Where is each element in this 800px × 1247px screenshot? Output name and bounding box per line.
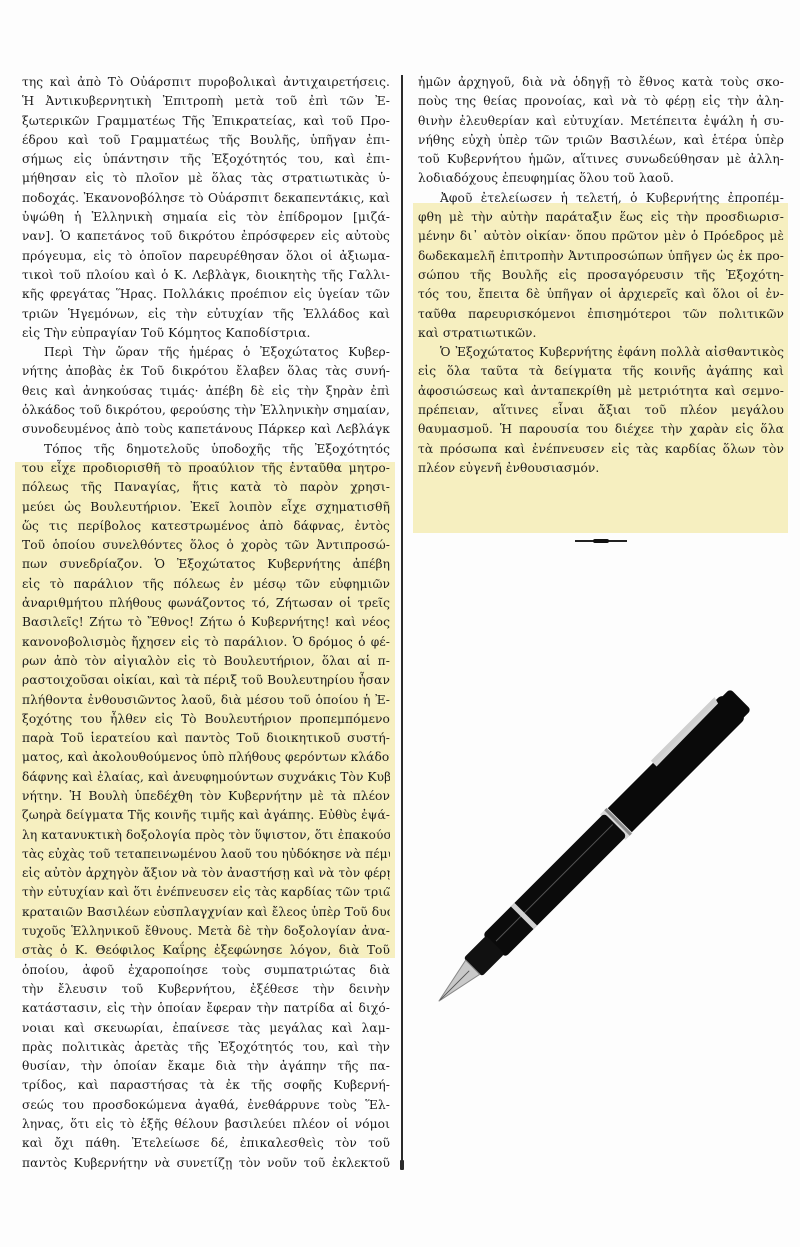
text-line: ναν]. Ὁ καπετάνος τοῦ δικρότου ἐπρόσφερε… bbox=[22, 227, 390, 246]
text-line: τρίδος, καὶ παραστήσας τὰ ἐκ τῆς σοφῆς Κ… bbox=[22, 1076, 390, 1095]
text-line: θινὴν ἐλευθερίαν καὶ εὐτυχίαν. Μετέπειτα… bbox=[418, 112, 784, 131]
text-line: δάφνης καὶ ἐλαίας, καὶ ἀνευφημούντων συχ… bbox=[22, 768, 390, 787]
text-line: τός του, ἔπειτα δὲ ὑπῆγαν οἱ ἀρχιερεῖς κ… bbox=[418, 285, 784, 304]
text-line: ὑψώθη ἡ Ἑλληνικὴ σημαία εἰς τὸν ἐπίδρομο… bbox=[22, 208, 390, 227]
text-line: θεις καὶ ἀνηκούσας τιμάς· ἀπέβη δὲ εἰς τ… bbox=[22, 382, 390, 401]
text-line: τυχοῦς Ἑλληνικοῦ ἔθνους. Μετὰ δὲ τὴν δοξ… bbox=[22, 922, 390, 941]
text-line: ὁποίου, ἀφοῦ ἐχαροποίησε τοὺς συμπατριώτ… bbox=[22, 961, 390, 980]
text-line: ταῦθα παρευρισκόμενοι ἐπισημότεροι τῶν π… bbox=[418, 305, 784, 324]
text-line: Ἡ Ἀντικυβερνητικὴ Ἐπιτροπὴ μετὰ τοῦ ἐπὶ … bbox=[22, 92, 390, 111]
text-line: θυσίαν, τὴν ὁποίαν ἔκαμε διὰ τὴν ἀγάπην … bbox=[22, 1057, 390, 1076]
text-line: παρὰ Τοῦ ἱερατείου καὶ παντὸς Τοῦ διοικη… bbox=[22, 729, 390, 748]
text-line: παντὸς Κυβερνήτην νὰ συνετίζῃ τὸν νοῦν τ… bbox=[22, 1154, 390, 1173]
text-line: ξωτερικῶν Γραμματέως Τῆς Ἐπικρατείας, κα… bbox=[22, 112, 390, 131]
text-line: πρέπειαν, αἵτινες εἶναι ἄξιαι τοῦ πλέον … bbox=[418, 401, 784, 420]
text-line: εἰς ὅλα ταῦτα τὰ δείγματα τῆς κοινῆς ἀγά… bbox=[418, 362, 784, 381]
text-line: καὶ ὄχι πάθη. Ἐτελείωσε δέ, ἐπικαλεσθεὶς… bbox=[22, 1134, 390, 1153]
text-line: ματος, καὶ ἀκολουθούμενος ὑπὸ πλήθους φε… bbox=[22, 748, 390, 767]
text-line: ραστοιχοῦσαι οἰκίαι, καὶ τὰ πέριξ τοῦ Βο… bbox=[22, 671, 390, 690]
paragraph-start: Ὁ Ἐξοχώτατος Κυβερνήτης ἐφάνη πολλὰ αἰσθ… bbox=[418, 343, 784, 362]
text-line: μεύει ὡς Βουλευτήριον. Ἐκεῖ λοιπὸν εἶχε … bbox=[22, 498, 390, 517]
text-line: της καὶ ἀπὸ Τὸ Οὐάρσπιτ πυροβολικαὶ ἀντι… bbox=[22, 73, 390, 92]
text-line: Τοῦ ὁποίου συνελθόντες ὅλος ὁ χορὸς τῶν … bbox=[22, 536, 390, 555]
text-line: τὴν εὐτυχίαν καὶ ὅτι ἐνέπνευσεν εἰς τὰς … bbox=[22, 883, 390, 902]
fountain-pen-icon bbox=[400, 640, 800, 1040]
text-line: ἀφοσιώσεως καὶ ἀνταπεκρίθη μὲ μετριότητα… bbox=[418, 382, 784, 401]
text-line: πρόγευμα, εἰς τὸ ὁποῖον παρευρέθησαν ὅλο… bbox=[22, 247, 390, 266]
text-line: ρων ἀπὸ τὸν αἰγιαλὸν εἰς τὸ Βουλευτήριον… bbox=[22, 652, 390, 671]
section-divider bbox=[575, 540, 627, 542]
text-line: εἰς Τὴν εὐπραγίαν Τοῦ Κόμητος Καποδίστρι… bbox=[22, 324, 390, 343]
text-line: τὰς εὐχὰς τοῦ τεταπεινωμένου λαοῦ του ηὐ… bbox=[22, 845, 390, 864]
text-line: μήθησαν εἰς τὸ πλοῖον μὲ ὅλας τὰς στρατι… bbox=[22, 169, 390, 188]
paragraph-start: Περὶ Τὴν ὥραν τῆς ἡμέρας ὁ Ἐξοχώτατος Κυ… bbox=[22, 343, 390, 362]
text-line: θαυμασμοῦ. Ἡ παρουσία του διέχεε τὴν χαρ… bbox=[418, 420, 784, 439]
text-line: ποὺς της θείας προνοίας, καὶ νὰ τὸ φέρῃ … bbox=[418, 92, 784, 111]
text-line: Βασιλεῖς! Ζήτω τὸ Ἔθνος! Ζήτω ὁ Κυβερνήτ… bbox=[22, 613, 390, 632]
text-line: εἰς αὐτὸν ἀρχηγὸν ἄξιον νὰ τὸν ἀναστήσῃ … bbox=[22, 864, 390, 883]
text-line: δωδεκαμελῆ ἐπιτροπὴν Ἀντιπροσώπων ὑπῆγεν… bbox=[418, 247, 784, 266]
text-line: πλήθοντα ἐνθουσιῶντος λαοῦ, διὰ μέσου το… bbox=[22, 691, 390, 710]
text-line: σώπου τῆς Βουλῆς εἰς προσαγόρευσιν τῆς Ἐ… bbox=[418, 266, 784, 285]
text-line: κανονοβολισμὸς ἤχησεν εἰς τὸ παράλιον. Ὁ… bbox=[22, 633, 390, 652]
text-line: κατάστασιν, εἰς τὴν ὁποίαν ἔφεραν τὴν πα… bbox=[22, 999, 390, 1018]
text-line: ἀναριθμήτου πλήθους φωνάζοντος τό, Ζήτωσ… bbox=[22, 594, 390, 613]
text-line: τὰ πρόσωπα καὶ ἐνέπνευσεν εἰς τὰς καρδία… bbox=[418, 440, 784, 459]
text-line: τριῶν Ἡγεμόνων, εἰς τὴν εὐτυχίαν τῆς Ἑλλ… bbox=[22, 305, 390, 324]
text-line: κῆς φρεγάτας Ἥρας. Πολλάκις προέπιον εἰς… bbox=[22, 285, 390, 304]
text-line: ποδοχάς. Ἐκανονοβόλησε τὸ Οὐάρσπιτ δεκαπ… bbox=[22, 189, 390, 208]
text-line: πόλεως τῆς Παναγίας, ἥτις κατὰ τὸ παρὸν … bbox=[22, 478, 390, 497]
text-line: τοῦ Κυβερνήτου ἡμῶν, αἵτινες συνωδεύθησα… bbox=[418, 150, 784, 169]
text-line: νήθης εὐχὴ ὑπὲρ τῶν τριῶν Βασιλέων, καὶ … bbox=[418, 131, 784, 150]
text-line: καὶ στρατιωτικῶν. bbox=[418, 324, 784, 343]
text-line: σήμως εἰς ὑπάντησιν τῆς Ἐξοχότητός του, … bbox=[22, 150, 390, 169]
text-line: του εἶχε προδιορισθῆ τὸ προαύλιον τῆς ἐν… bbox=[22, 459, 390, 478]
text-line: ξοχότης του ἦλθεν εἰς Τὸ Βουλευτήριον πρ… bbox=[22, 710, 390, 729]
right-column-text: ἡμῶν ἀρχηγοῦ, διὰ νὰ ὁδηγῇ τὸ ἔθνος κατὰ… bbox=[418, 73, 784, 478]
text-line: τικοὶ τοῦ πλοίου καὶ ὁ Κ. Λεβλὰγκ, διοικ… bbox=[22, 266, 390, 285]
text-line: ληνας, ὅτι εἰς τὸ ἑξῆς θέλουν βασιλεύει … bbox=[22, 1115, 390, 1134]
text-line: λη κατανυκτικὴ δοξολογία πρὸς τὸν ὕψιστο… bbox=[22, 826, 390, 845]
text-line: ἡμῶν ἀρχηγοῦ, διὰ νὰ ὁδηγῇ τὸ ἔθνος κατὰ… bbox=[418, 73, 784, 92]
text-line: ὁλκάδος τοῦ δικρότου, φερούσης τὴν Ἑλλην… bbox=[22, 401, 390, 420]
text-line: κραταιῶν Βασιλέων εὐσπλαγχνίαν καὶ ἔλεος… bbox=[22, 903, 390, 922]
newspaper-page: της καὶ ἀπὸ Τὸ Οὐάρσπιτ πυροβολικαὶ ἀντι… bbox=[0, 0, 800, 1247]
paragraph-start: Ἀφοῦ ἐτελείωσεν ἡ τελετή, ὁ Κυβερνήτης ἐ… bbox=[418, 189, 784, 208]
text-line: μένην δι᾽ αὐτὸν οἰκίαν· ὅπου πρῶτον μὲν … bbox=[418, 227, 784, 246]
text-line: πλέον εὐγενῆ ἐνθουσιασμόν. bbox=[418, 459, 784, 478]
text-line: πων συνεδρίαζον. Ὁ Ἐξοχώτατος Κυβερνήτης… bbox=[22, 555, 390, 574]
text-line: έδρου καὶ τοῦ Γραμματέως τῆς Βουλῆς, ὑπῆ… bbox=[22, 131, 390, 150]
text-line: τὴν ἔλευσιν τοῦ Κυβερνήτου, ἐξέθεσε τὴν … bbox=[22, 980, 390, 999]
text-line: ὥς τις περίβολος κατεστρωμένος ἀπὸ δάφνα… bbox=[22, 517, 390, 536]
text-line: συνοδευμένος ἀπὸ τοὺς καπετάνους Πάρκερ … bbox=[22, 420, 390, 439]
column-rule-end bbox=[400, 1160, 404, 1170]
text-line: στὰς ὁ Κ. Θεόφιλος Καΐρης ἐξεφώνησε λόγο… bbox=[22, 941, 390, 960]
left-column-text: της καὶ ἀπὸ Τὸ Οὐάρσπιτ πυροβολικαὶ ἀντι… bbox=[22, 73, 390, 1173]
text-line: εἰς τὸ παράλιον τῆς πόλεως ἐν μέσῳ τῶν ε… bbox=[22, 575, 390, 594]
text-line: σεώς του προσδοκώμενα ἀγαθά, ἐνεθάρρυνε … bbox=[22, 1096, 390, 1115]
text-line: φθη μὲ τὴν αὐτὴν παράταξιν ἕως εἰς τὴν π… bbox=[418, 208, 784, 227]
text-line: πρὰς πολιτικὰς ἀρετὰς τῆς Ἐξοχότητός του… bbox=[22, 1038, 390, 1057]
text-line: ζωηρὰ δείγματα Τῆς κοινῆς τιμῆς καὶ ἀγάπ… bbox=[22, 806, 390, 825]
text-line: λοδιαδόχους ἐπευφημίας ὅλου τοῦ λαοῦ. bbox=[418, 169, 784, 188]
paragraph-start: Τόπος τῆς δημοτελοῦς ὑποδοχῆς τῆς Ἐξοχότ… bbox=[22, 440, 390, 459]
text-line: νήτην. Ἡ Βουλὴ ὑπεδέχθη τὸν Κυβερνήτην μ… bbox=[22, 787, 390, 806]
text-line: νοιαι καὶ σκευωρίαι, ἐπαίνεσε τὰς μεγάλα… bbox=[22, 1019, 390, 1038]
text-line: νήτης ἀποβὰς ἐκ Τοῦ δικρότου ἔλαβεν ὅλας… bbox=[22, 362, 390, 381]
